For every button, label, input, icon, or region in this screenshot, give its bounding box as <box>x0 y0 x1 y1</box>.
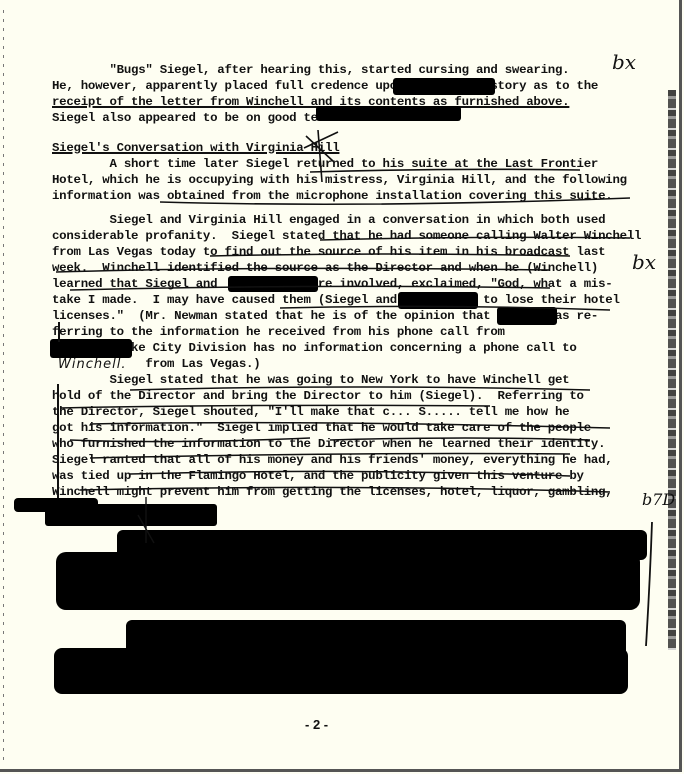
page-number: - 2 - <box>305 717 328 732</box>
redaction-block <box>45 504 217 526</box>
scan-edge-right <box>668 90 676 650</box>
para3-line-8: ferring to the information he received f… <box>52 324 505 340</box>
margin-note-bx-1: bx <box>612 50 636 74</box>
redaction-block <box>56 552 640 610</box>
pen-underline-marks <box>120 160 640 210</box>
scanned-document-page: "Bugs" Siegel, after hearing this, start… <box>0 0 682 772</box>
scan-edge-left <box>3 10 4 760</box>
para1-line-3: receipt of the letter from Winchell and … <box>52 94 569 110</box>
margin-note-b7d: b7D <box>642 490 675 509</box>
pen-strike-mark <box>136 495 156 545</box>
handwritten-note: Winchell. <box>58 357 126 372</box>
margin-note-bx-2: bx <box>632 250 656 274</box>
redaction-block <box>54 648 628 694</box>
redaction-block <box>50 339 132 358</box>
margin-line <box>640 520 660 650</box>
redaction-block <box>316 106 461 121</box>
para1-line-1: "Bugs" Siegel, after hearing this, start… <box>52 62 569 78</box>
para1-line-2: He, however, apparently placed full cred… <box>52 78 598 94</box>
pen-underline-marks <box>50 226 650 326</box>
pen-underline-marks <box>50 380 650 510</box>
redaction-block <box>393 78 495 95</box>
section-heading: Siegel's Conversation with Virginia Hill <box>52 140 339 156</box>
